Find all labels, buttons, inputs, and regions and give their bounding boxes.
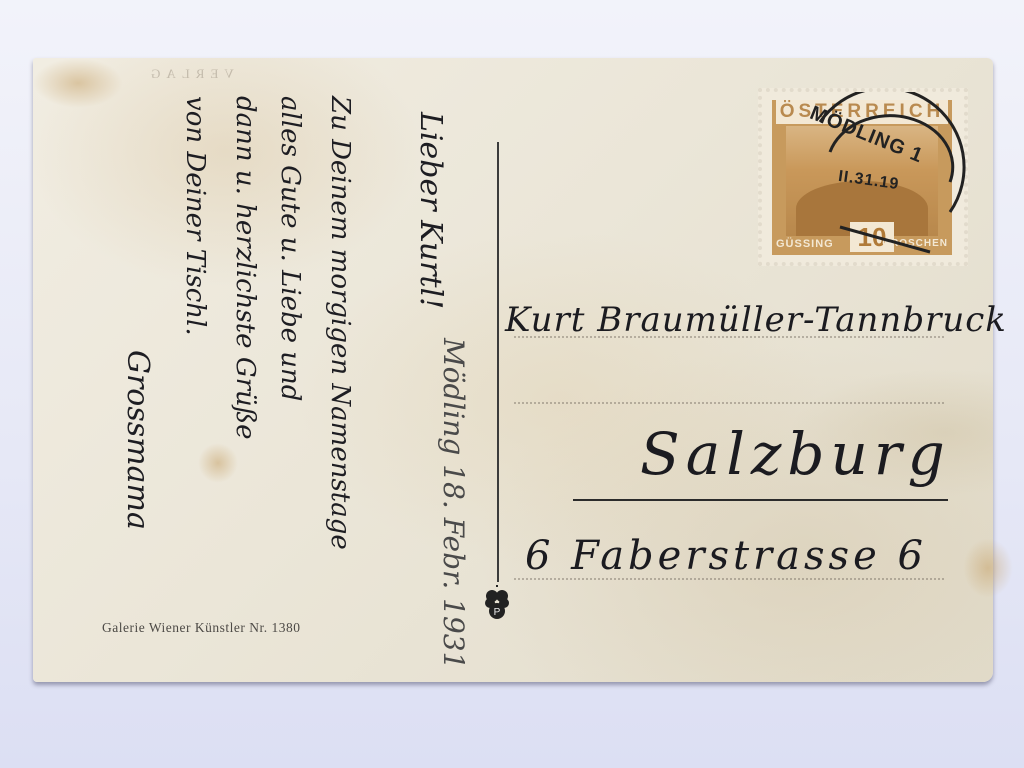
place-date: Mödling 18. Febr. 1931 xyxy=(437,338,470,669)
address-line xyxy=(514,402,944,404)
stain xyxy=(963,538,1013,598)
svg-text:P: P xyxy=(494,607,501,618)
message-line: von Deiner Tischl. xyxy=(180,96,210,336)
message-greeting: Lieber Kurtl! xyxy=(413,112,448,309)
message-line: alles Gute u. Liebe und xyxy=(275,96,305,401)
stain xyxy=(33,58,123,108)
divider-line xyxy=(497,142,499,582)
publisher-imprint: Galerie Wiener Künstler Nr. 1380 xyxy=(102,620,301,636)
message-line: dann u. herzlichste Grüße xyxy=(230,96,260,440)
publisher-logo-icon: P xyxy=(483,585,511,621)
recipient-city: Salzburg xyxy=(640,420,951,488)
stain xyxy=(198,443,238,483)
publisher-mark: VERLAG xyxy=(145,66,234,82)
signature: Grossmama xyxy=(120,350,155,530)
address-underline xyxy=(573,499,948,501)
recipient-name: Kurt Braumüller-Tannbruck xyxy=(505,300,1007,340)
recipient-street: 6 Faberstrasse 6 xyxy=(525,533,927,579)
message-line: Zu Deinem morgigen Namenstage xyxy=(325,96,355,550)
